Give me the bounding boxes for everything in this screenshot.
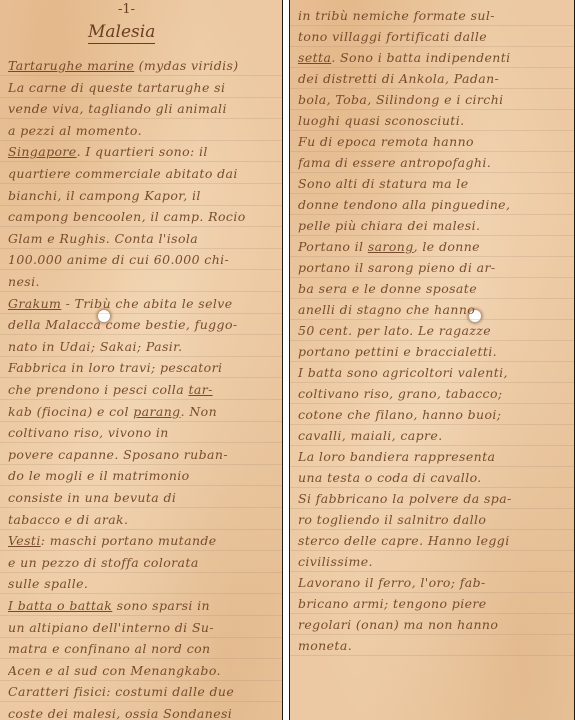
manuscript-line: Vesti: maschi portano mutande bbox=[8, 533, 276, 548]
ruled-line bbox=[0, 701, 282, 702]
manuscript-line: povere capanne. Sposano ruban- bbox=[8, 447, 276, 462]
ruled-line bbox=[290, 151, 574, 152]
manuscript-line: e un pezzo di stoffa colorata bbox=[8, 555, 276, 570]
manuscript-line: 50 cent. per lato. Le ragazze bbox=[298, 323, 568, 338]
ruled-line bbox=[0, 572, 282, 573]
ruled-line bbox=[290, 298, 574, 299]
ruled-line bbox=[290, 235, 574, 236]
ruled-line bbox=[290, 256, 574, 257]
manuscript-line: Si fabbricano la polvere da spa- bbox=[298, 491, 568, 506]
manuscript-line: kab (fiocina) e col parang. Non bbox=[8, 404, 276, 419]
manuscript-line: in tribù nemiche formate sul- bbox=[298, 8, 568, 23]
manuscript-line: nato in Udai; Sakai; Pasir. bbox=[8, 339, 276, 354]
manuscript-line: coltivano riso, grano, tabacco; bbox=[298, 386, 568, 401]
ruled-line bbox=[290, 109, 574, 110]
manuscript-line: setta. Sono i batta indipendenti bbox=[298, 50, 568, 65]
manuscript-line: sulle spalle. bbox=[8, 576, 276, 591]
manuscript-line: pelle più chiara dei malesi. bbox=[298, 218, 568, 233]
ruled-line bbox=[0, 658, 282, 659]
ruled-line bbox=[290, 319, 574, 320]
ruled-line bbox=[0, 485, 282, 486]
manuscript-line: bricano armi; tengono piere bbox=[298, 596, 568, 611]
ruled-line bbox=[0, 593, 282, 594]
manuscript-line: Caratteri fisici: costumi dalle due bbox=[8, 684, 276, 699]
manuscript-line: I batta sono agricoltori valenti, bbox=[298, 365, 568, 380]
manuscript-line: della Malacca come bestie, fuggo- bbox=[8, 317, 276, 332]
manuscript-line: I batta o battak sono sparsi in bbox=[8, 598, 276, 613]
manuscript-line: Fu di epoca remota hanno bbox=[298, 134, 568, 149]
manuscript-line: dei distretti di Ankola, Padan- bbox=[298, 71, 568, 86]
manuscript-line: portano pettini e braccialetti. bbox=[298, 344, 568, 359]
manuscript-line: vende viva, tagliando gli animali bbox=[8, 101, 276, 116]
ruled-line bbox=[0, 464, 282, 465]
ruled-line bbox=[290, 550, 574, 551]
ruled-line bbox=[290, 655, 574, 656]
manuscript-line: La loro bandiera rappresenta bbox=[298, 449, 568, 464]
ruled-line bbox=[0, 269, 282, 270]
ruled-line bbox=[0, 529, 282, 530]
ruled-line bbox=[0, 313, 282, 314]
manuscript-line: Lavorano il ferro, l'oro; fab- bbox=[298, 575, 568, 590]
ruled-line bbox=[290, 88, 574, 89]
manuscript-line: donne tendono alla pinguedine, bbox=[298, 197, 568, 212]
manuscript-line: portano il sarong pieno di ar- bbox=[298, 260, 568, 275]
manuscript-line: bianchi, il campong Kapor, il bbox=[8, 188, 276, 203]
ruled-line bbox=[0, 442, 282, 443]
manuscript-line: consiste in una bevuta di bbox=[8, 490, 276, 505]
manuscript-line: a pezzi al momento. bbox=[8, 123, 276, 138]
manuscript-line: un altipiano dell'interno di Su- bbox=[8, 620, 276, 635]
manuscript-line: regolari (onan) ma non hanno bbox=[298, 617, 568, 632]
ruled-line bbox=[0, 399, 282, 400]
manuscript-line: anelli di stagno che hanno bbox=[298, 302, 568, 317]
ruled-line bbox=[0, 75, 282, 76]
manuscript-line: Acen e al sud con Menangkabo. bbox=[8, 663, 276, 678]
ruled-line bbox=[290, 466, 574, 467]
ruled-line bbox=[0, 356, 282, 357]
manuscript-line: Singapore. I quartieri sono: il bbox=[8, 144, 276, 159]
manuscript-line: civilissime. bbox=[298, 554, 568, 569]
ruled-line bbox=[290, 403, 574, 404]
manuscript-line: campong bencoolen, il camp. Rocio bbox=[8, 209, 276, 224]
ruled-line bbox=[290, 382, 574, 383]
manuscript-line: ro togliendo il salnitro dallo bbox=[298, 512, 568, 527]
ruled-line bbox=[0, 205, 282, 206]
ruled-line bbox=[0, 421, 282, 422]
ruled-line bbox=[290, 445, 574, 446]
manuscript-line: 100.000 anime di cui 60.000 chi- bbox=[8, 252, 276, 267]
ruled-line bbox=[290, 46, 574, 47]
ruled-line bbox=[0, 291, 282, 292]
ruled-line bbox=[0, 334, 282, 335]
ruled-line bbox=[290, 529, 574, 530]
ruled-line bbox=[0, 248, 282, 249]
ruled-line bbox=[290, 613, 574, 614]
manuscript-line: Portano il sarong, le donne bbox=[298, 239, 568, 254]
manuscript-line: che prendono i pesci colla tar- bbox=[8, 382, 276, 397]
manuscript-line: La carne di queste tartarughe si bbox=[8, 80, 276, 95]
manuscript-line: fama di essere antropofaghi. bbox=[298, 155, 568, 170]
ruled-line bbox=[0, 637, 282, 638]
manuscript-line: Glam e Rughis. Conta l'isola bbox=[8, 231, 276, 246]
manuscript-line: moneta. bbox=[298, 638, 568, 653]
ruled-line bbox=[290, 130, 574, 131]
ruled-line bbox=[0, 226, 282, 227]
manuscript-line: Sono alti di statura ma le bbox=[298, 176, 568, 191]
ruled-line bbox=[0, 377, 282, 378]
manuscript-line: sterco delle capre. Hanno leggi bbox=[298, 533, 568, 548]
manuscript-line: quartiere commerciale abitato dai bbox=[8, 166, 276, 181]
manuscript-line: Fabbrica in loro travi; pescatori bbox=[8, 360, 276, 375]
ruled-line bbox=[290, 592, 574, 593]
ruled-line bbox=[290, 340, 574, 341]
manuscript-line: nesi. bbox=[8, 274, 276, 289]
ruled-line bbox=[290, 67, 574, 68]
manuscript-line: cotone che filano, hanno buoi; bbox=[298, 407, 568, 422]
ruled-line bbox=[290, 193, 574, 194]
ruled-line bbox=[290, 424, 574, 425]
page-title: Malesia bbox=[88, 22, 155, 44]
ruled-line bbox=[0, 680, 282, 681]
ruled-line bbox=[290, 214, 574, 215]
manuscript-line: tabacco e di arak. bbox=[8, 512, 276, 527]
manuscript-line: coste dei malesi, ossia Sondanesi bbox=[8, 706, 276, 720]
ruled-line bbox=[0, 183, 282, 184]
manuscript-line: Grakum - Tribù che abita le selve bbox=[8, 296, 276, 311]
left-manuscript-page: -1- Malesia Tartarughe marine (mydas vir… bbox=[0, 0, 283, 720]
ruled-line bbox=[0, 615, 282, 616]
ruled-line bbox=[290, 634, 574, 635]
manuscript-line: bola, Toba, Silindong e i circhi bbox=[298, 92, 568, 107]
manuscript-line: luoghi quasi sconosciuti. bbox=[298, 113, 568, 128]
ruled-line bbox=[290, 172, 574, 173]
ruled-line bbox=[0, 507, 282, 508]
ruled-line bbox=[290, 25, 574, 26]
manuscript-line: ba sera e le donne sposate bbox=[298, 281, 568, 296]
ruled-line bbox=[290, 277, 574, 278]
ruled-line bbox=[0, 161, 282, 162]
ruled-line bbox=[0, 140, 282, 141]
manuscript-line: una testa o coda di cavallo. bbox=[298, 470, 568, 485]
ruled-line bbox=[0, 97, 282, 98]
manuscript-line: coltivano riso, vivono in bbox=[8, 425, 276, 440]
manuscript-line: matra e confinano al nord con bbox=[8, 641, 276, 656]
manuscript-line: tono villaggi fortificati dalle bbox=[298, 29, 568, 44]
ruled-line bbox=[290, 571, 574, 572]
ruled-line bbox=[290, 487, 574, 488]
manuscript-line: cavalli, maiali, capre. bbox=[298, 428, 568, 443]
ruled-line bbox=[290, 508, 574, 509]
ruled-line bbox=[0, 118, 282, 119]
ruled-line bbox=[290, 361, 574, 362]
ruled-line bbox=[0, 550, 282, 551]
manuscript-line: do le mogli e il matrimonio bbox=[8, 468, 276, 483]
page-number: -1- bbox=[118, 2, 135, 17]
manuscript-line: Tartarughe marine (mydas viridis) bbox=[8, 58, 276, 73]
right-manuscript-page: in tribù nemiche formate sul-tono villag… bbox=[289, 0, 575, 720]
